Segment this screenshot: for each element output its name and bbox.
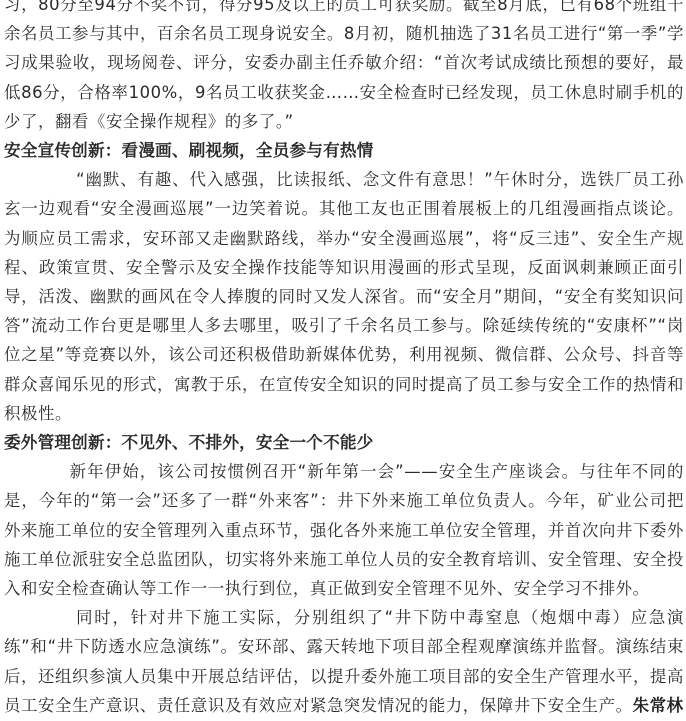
article-body: 习，80分至94分不奖不罚，得分95及以上的员工可获奖励。截至8月底，已有68个… xyxy=(0,0,684,720)
intro-paragraph: 习，80分至94分不奖不罚，得分95及以上的员工可获奖励。截至8月底，已有68个… xyxy=(4,0,684,136)
paragraph-safety-publicity: “幽默、有趣、代入感强，比读报纸、念文件有意思！”午休时分，选铁厂员工孙玄一边观… xyxy=(4,165,684,428)
paragraph-new-year-meeting: 新年伊始，该公司按惯例召开“新年第一会”——安全生产座谈会。与往年不同的是，今年… xyxy=(4,457,684,603)
author-name: 朱常林 xyxy=(633,696,684,715)
section-heading-safety-publicity: 安全宣传创新：看漫画、刷视频，全员参与有热情 xyxy=(4,136,684,165)
drills-text: 同时，针对井下施工实际，分别组织了“井下防中毒窒息（炮烟中毒）应急演练”和“井下… xyxy=(4,608,684,715)
section-heading-outsourcing-management: 委外管理创新：不见外、不排外，安全一个不能少 xyxy=(4,428,684,457)
paragraph-emergency-drills: 同时，针对井下施工实际，分别组织了“井下防中毒窒息（炮烟中毒）应急演练”和“井下… xyxy=(4,603,684,720)
